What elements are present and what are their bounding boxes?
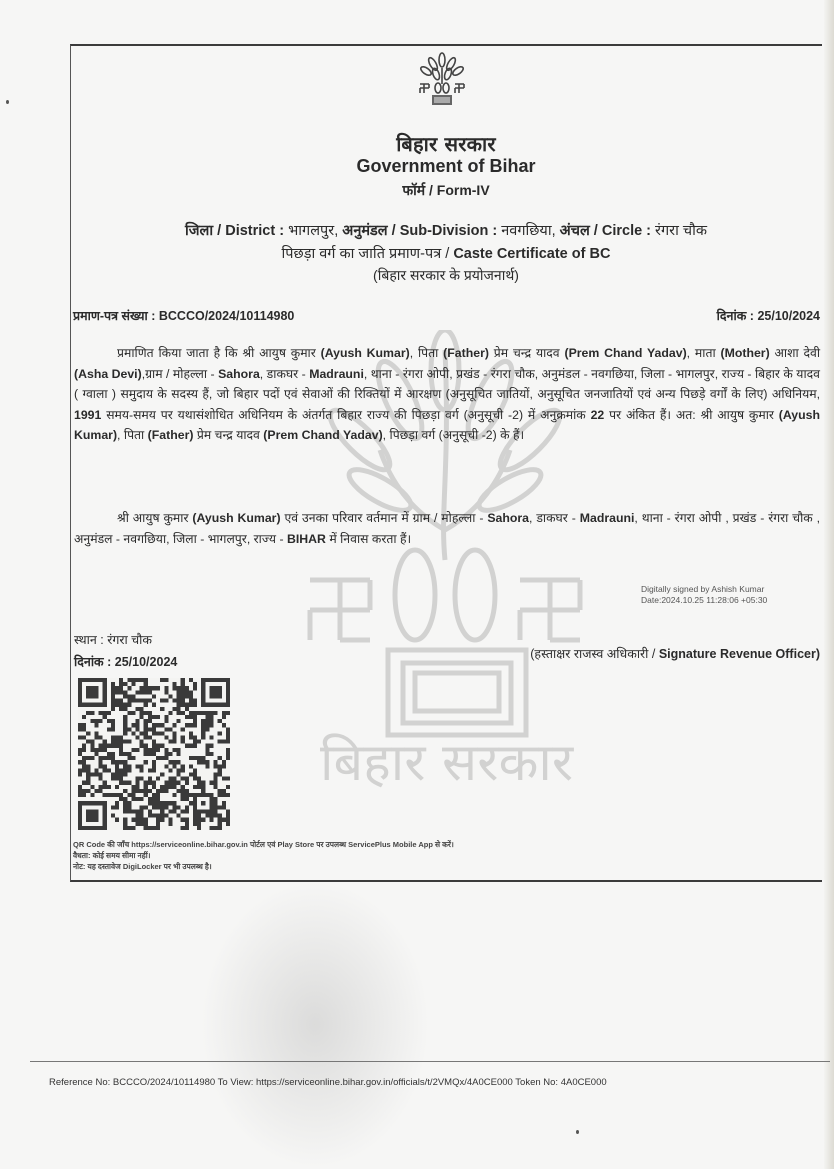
text-run: BIHAR — [287, 532, 326, 546]
qr-note-line-1: QR Code की जाँच https://serviceonline.bi… — [73, 839, 454, 850]
issue-date-label: दिनांक : — [717, 309, 754, 323]
text-run: (Prem Chand Yadav) — [263, 428, 382, 442]
scan-speck — [576, 1130, 579, 1134]
certificate-title: पिछड़ा वर्ग का जाति प्रमाण-पत्र / Caste … — [70, 243, 822, 263]
text-run: (Prem Chand Yadav) — [564, 346, 686, 360]
text-run: (Ayush Kumar) — [192, 511, 280, 525]
text-run: एवं उनका परिवार वर्तमान में ग्राम / मोहल… — [281, 511, 488, 525]
page-edge-shadow — [824, 0, 834, 1169]
text-run: , माता — [687, 346, 721, 360]
district-label: जिला / District : — [185, 223, 284, 239]
text-run: आशा देवी — [770, 346, 820, 360]
certification-paragraph: प्रमाणित किया जाता है कि श्री आयुष कुमार… — [74, 343, 820, 446]
footer-divider — [30, 1061, 830, 1062]
text-run: समय-समय पर यथासंशोधित अधिनियम के अंतर्गत… — [101, 408, 590, 422]
text-run: , पिता — [117, 428, 148, 442]
district-line: जिला / District : भागलपुर, अनुमंडल / Sub… — [70, 220, 822, 240]
subdivision-label: अनुमंडल / Sub-Division : — [342, 223, 497, 239]
text-run: Sahora — [218, 367, 260, 381]
text-run: , पिछड़ा वर्ग (अनुसूची -2) के हैं। — [383, 428, 525, 442]
text-run: श्री आयुष कुमार — [117, 511, 192, 525]
text-run: , डाकघर - — [260, 367, 309, 381]
certificate-title-english: Caste Certificate of BC — [453, 246, 610, 262]
place: स्थान : रंगरा चौक — [74, 631, 152, 648]
text-run: (Father) — [148, 428, 194, 442]
issue-date: दिनांक : 25/10/2024 — [717, 307, 820, 324]
text-run: , डाकघर - — [529, 511, 580, 525]
certificate-number: प्रमाण-पत्र संख्या : BCCCO/2024/10114980 — [73, 307, 294, 324]
signature-revenue-officer: (हस्ताक्षर राजस्व अधिकारी / Signature Re… — [530, 645, 820, 662]
text-run: प्रमाणित किया जाता है कि श्री आयुष कुमार — [117, 346, 321, 360]
text-run: (Mother) — [721, 346, 770, 360]
place-date: दिनांक : 25/10/2024 — [74, 653, 177, 670]
footer-reference: Reference No: BCCCO/2024/10114980 To Vie… — [49, 1077, 607, 1088]
scan-speck — [6, 100, 9, 104]
qr-note-line-2: वैधता: कोई समय सीमा नहीं। — [73, 850, 454, 861]
certificate-number-value: BCCCO/2024/10114980 — [159, 309, 295, 323]
bihar-emblem-icon — [414, 50, 470, 108]
text-run: Sahora — [487, 511, 529, 525]
district-value: भागलपुर, — [288, 223, 338, 239]
qr-code-icon[interactable] — [78, 678, 230, 830]
scan-smudge — [200, 880, 430, 1169]
qr-note-line-3: नोट: यह दस्तावेज DigiLocker पर भी उपलब्ध… — [73, 861, 454, 872]
hindi-title: बिहार सरकार — [70, 130, 822, 157]
issue-date-value: 25/10/2024 — [757, 309, 820, 323]
text-run: (Asha Devi) — [74, 367, 142, 381]
text-run: प्रेम चन्द्र यादव — [193, 428, 263, 442]
signature-hindi: (हस्ताक्षर राजस्व अधिकारी / — [530, 647, 655, 661]
text-run: (Father) — [443, 346, 489, 360]
digital-signature-signer: Digitally signed by Ashish Kumar — [641, 584, 767, 595]
text-run: (Ayush Kumar) — [321, 346, 410, 360]
text-run: प्रेम चन्द्र यादव — [489, 346, 565, 360]
place-label: स्थान : — [74, 633, 104, 647]
english-title: Government of Bihar — [70, 156, 822, 177]
text-run: , पिता — [410, 346, 443, 360]
form-number: फॉर्म / Form-IV — [70, 181, 822, 200]
digital-signature: Digitally signed by Ashish Kumar Date:20… — [641, 584, 767, 606]
text-run: में निवास करता हैं। — [326, 532, 411, 546]
circle-label: अंचल / Circle : — [560, 223, 651, 239]
text-run: पर अंकित हैं। अत: श्री आयुष कुमार — [604, 408, 778, 422]
text-run: Madrauni — [580, 511, 635, 525]
qr-note: QR Code की जाँच https://serviceonline.bi… — [73, 839, 454, 872]
text-run: Madrauni — [309, 367, 364, 381]
digital-signature-date: Date:2024.10.25 11:28:06 +05:30 — [641, 595, 767, 606]
place-value: रंगरा चौक — [107, 633, 152, 647]
text-run: 22 — [591, 408, 605, 422]
place-date-value: 25/10/2024 — [115, 655, 178, 669]
residence-paragraph: श्री आयुष कुमार (Ayush Kumar) एवं उनका प… — [74, 508, 820, 549]
text-run: 1991 — [74, 408, 101, 422]
circle-value: रंगरा चौक — [655, 223, 707, 239]
text-run: ,ग्राम / मोहल्ला - — [142, 367, 218, 381]
purpose-line: (बिहार सरकार के प्रयोजनार्थ) — [70, 266, 822, 285]
place-date-label: दिनांक : — [74, 655, 111, 669]
subdivision-value: नवगछिया, — [501, 223, 555, 239]
certificate-title-hindi: पिछड़ा वर्ग का जाति प्रमाण-पत्र / — [282, 246, 450, 262]
signature-english: Signature Revenue Officer) — [659, 647, 820, 661]
certificate-number-label: प्रमाण-पत्र संख्या : — [73, 309, 155, 323]
